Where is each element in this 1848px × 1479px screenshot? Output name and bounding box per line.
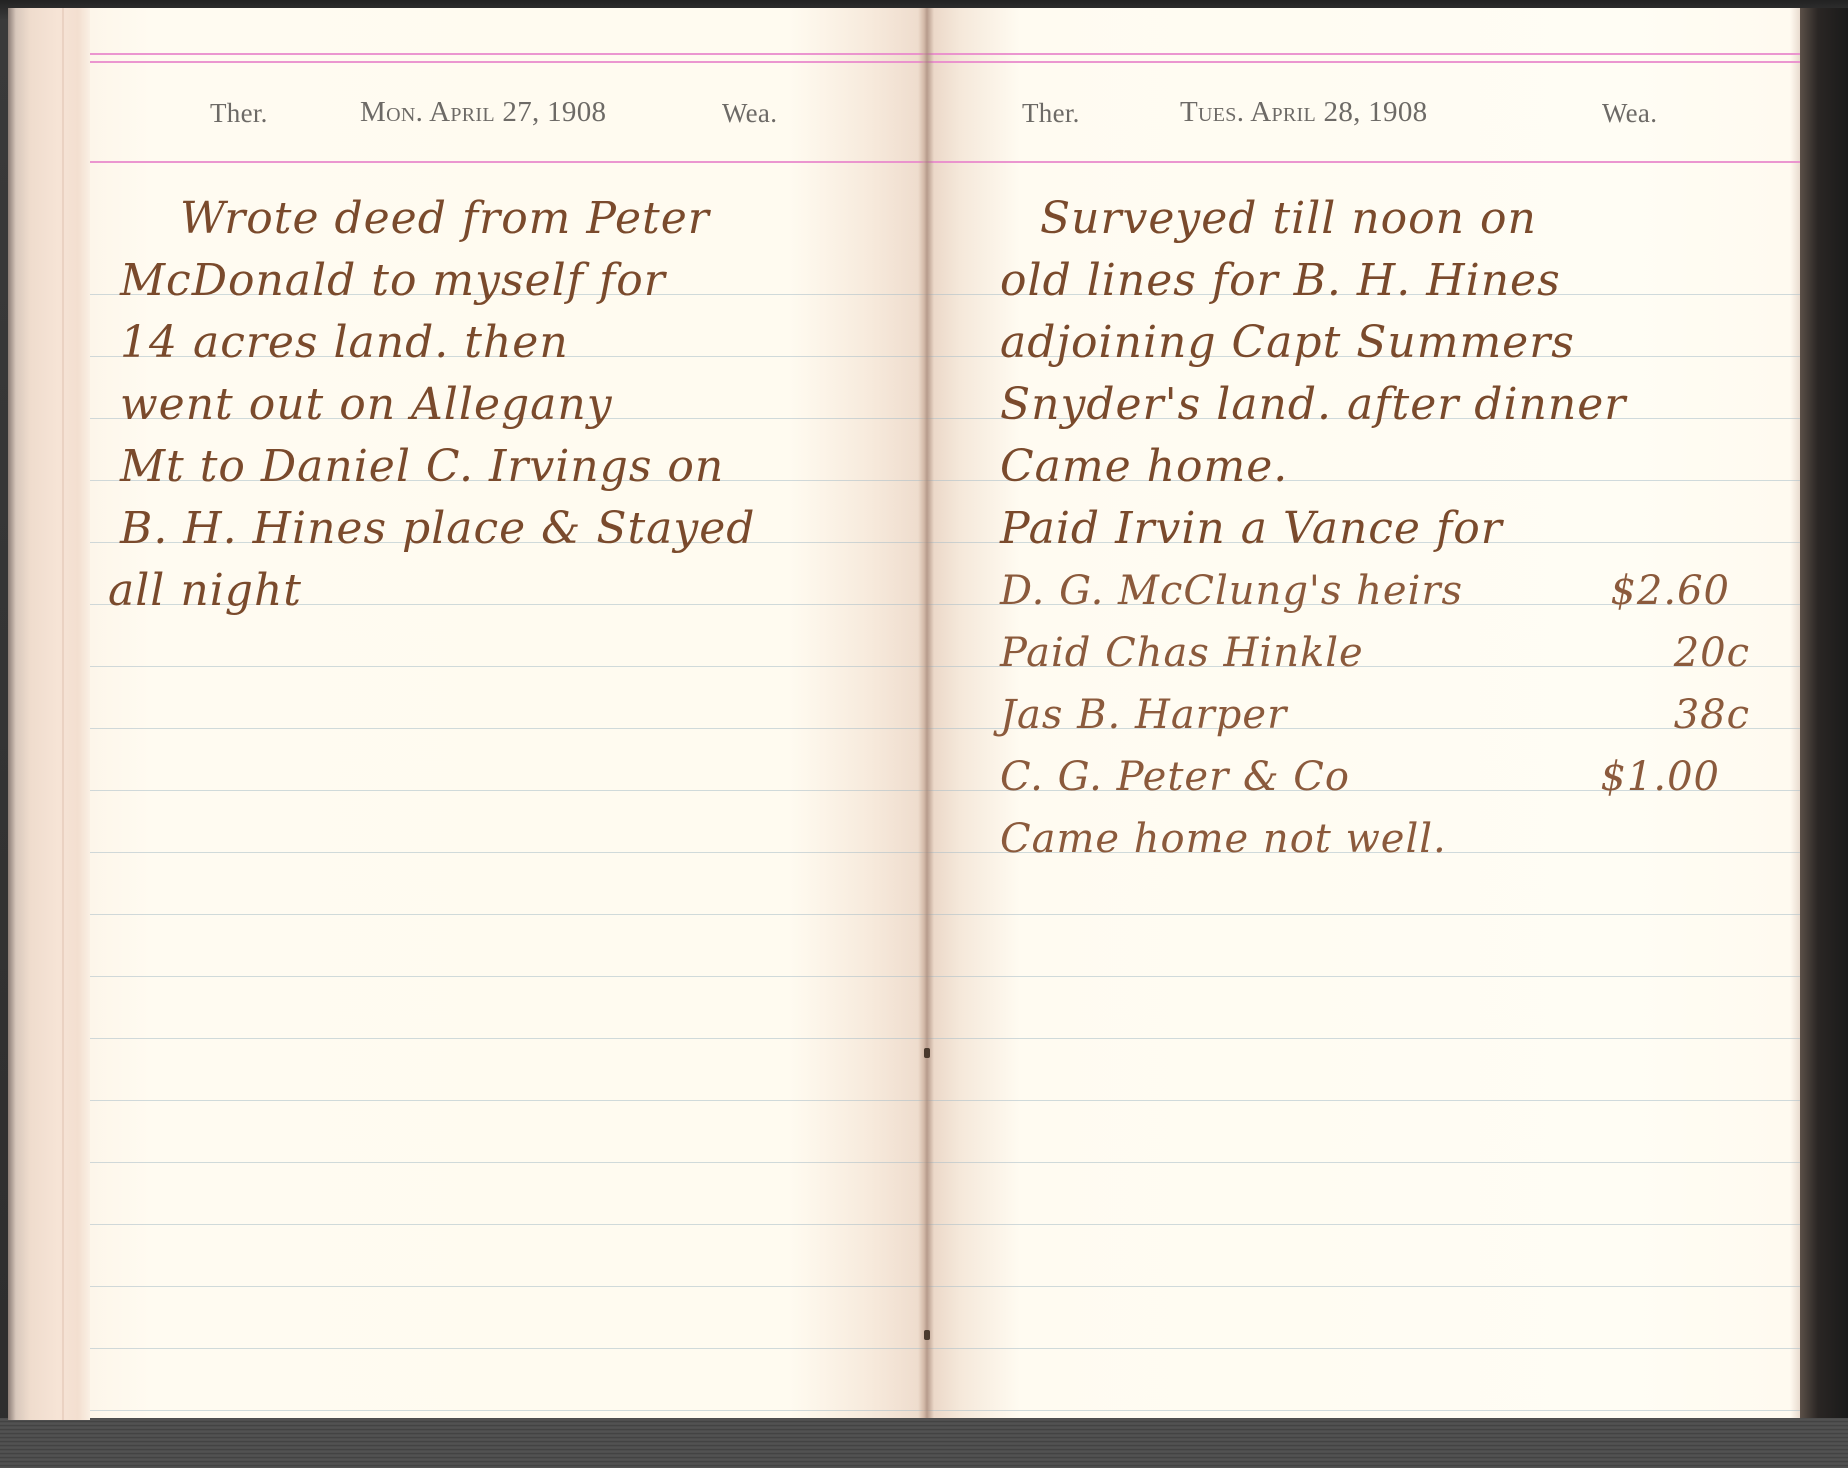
page-date: Tues. April 28, 1908	[1180, 96, 1427, 129]
ledger-row: Paid Chas Hinkle 20c	[1000, 622, 1750, 684]
ledger-amount: $2.60	[1610, 560, 1730, 622]
header-rule	[930, 53, 1800, 55]
entry-line: Came home.	[1000, 436, 1750, 498]
header-rule	[90, 61, 930, 63]
ledger-row: C. G. Peter & Co $1.00	[1000, 746, 1750, 808]
entry-line: McDonald to myself for	[120, 250, 910, 312]
header-rule	[930, 161, 1800, 163]
entry-line: Paid Irvin a Vance for	[1000, 498, 1750, 560]
book-cover-bottom	[0, 1418, 1848, 1468]
book-cover-right	[1800, 8, 1848, 1428]
ledger-row: D. G. McClung's heirs $2.60	[1000, 560, 1750, 622]
ledger-row: Jas B. Harper 38c	[1000, 684, 1750, 746]
diary-entry-right: Surveyed till noon on old lines for B. H…	[1000, 188, 1750, 870]
diary-page-left: Ther. Mon. April 27, 1908 Wea. Wrote dee…	[90, 8, 930, 1418]
header-rule	[930, 61, 1800, 63]
diary-page-right: Ther. Tues. April 28, 1908 Wea. Surveyed…	[930, 8, 1800, 1418]
ledger-amount: $1.00	[1600, 746, 1720, 808]
header-rule	[90, 161, 930, 163]
ledger-amount: 38c	[1674, 684, 1750, 746]
thermometer-label: Ther.	[1022, 98, 1080, 129]
entry-line: B. H. Hines place & Stayed	[120, 498, 910, 560]
page-stack-edge	[8, 8, 90, 1420]
ledger-payee: Paid Chas Hinkle	[1000, 630, 1364, 676]
entry-line: all night	[108, 560, 898, 622]
entry-line: Snyder's land. after dinner	[1000, 374, 1750, 436]
thermometer-label: Ther.	[210, 98, 268, 129]
binding-stitch	[924, 1330, 930, 1340]
entry-line: adjoining Capt Summers	[1000, 312, 1750, 374]
entry-line: went out on Allegany	[120, 374, 910, 436]
ledger-payee: D. G. McClung's heirs	[1000, 568, 1463, 614]
weather-label: Wea.	[722, 98, 777, 129]
weather-label: Wea.	[1602, 98, 1657, 129]
book-gutter	[918, 8, 934, 1418]
diary-entry-left: Wrote deed from Peter McDonald to myself…	[120, 188, 910, 622]
ledger-payee: C. G. Peter & Co	[1000, 754, 1350, 800]
header-rule	[90, 53, 930, 55]
entry-line: Mt to Daniel C. Irvings on	[120, 436, 910, 498]
entry-line: old lines for B. H. Hines	[1000, 250, 1750, 312]
entry-line: Came home not well.	[1000, 808, 1750, 870]
ledger-amount: 20c	[1674, 622, 1750, 684]
entry-line: Wrote deed from Peter	[120, 188, 910, 250]
binding-stitch	[924, 1048, 930, 1058]
entry-line: Surveyed till noon on	[1000, 188, 1750, 250]
entry-line: 14 acres land. then	[120, 312, 910, 374]
ledger-payee: Jas B. Harper	[1000, 692, 1287, 738]
page-date: Mon. April 27, 1908	[360, 96, 606, 129]
